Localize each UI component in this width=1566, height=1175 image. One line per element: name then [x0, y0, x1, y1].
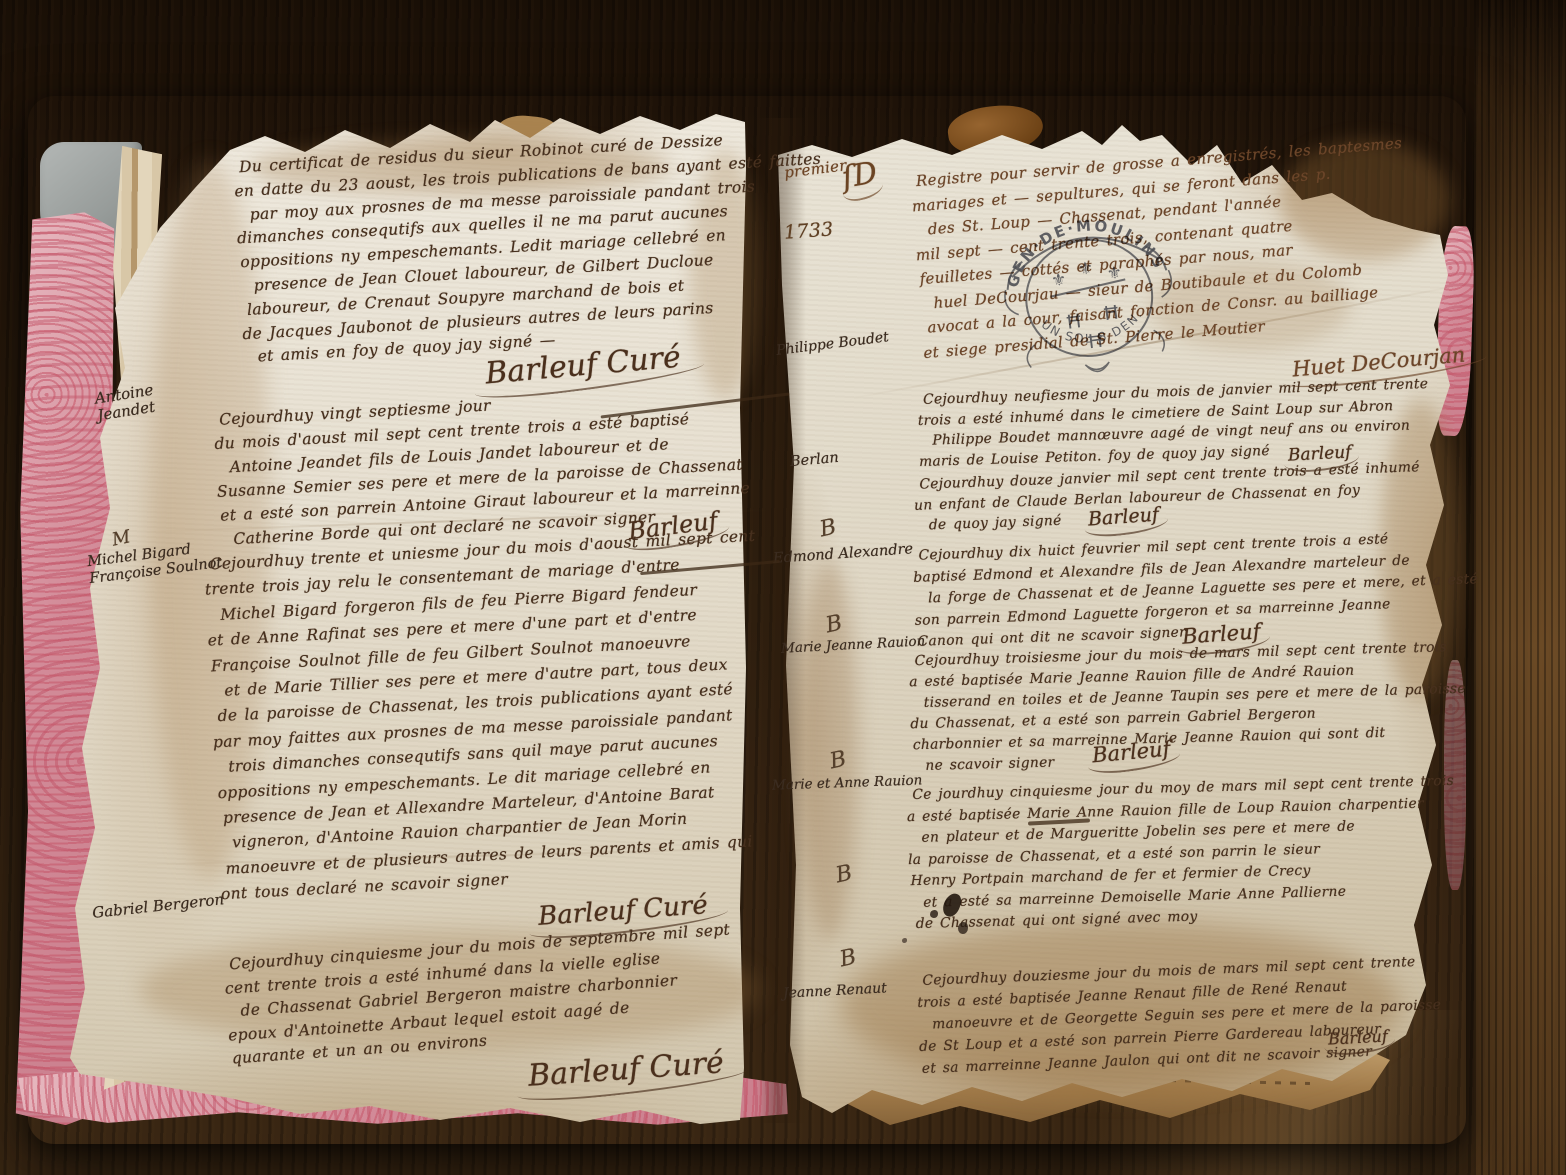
entry-marriage-bigard-soulnot: Cejourdhuy trente et uniesme jour du moi…	[203, 524, 773, 908]
crowned-h-icon: Ħ	[1086, 329, 1106, 353]
entry-baptism-marie-anne-rauion: Ce jourdhuy cinquiesme jour du moy de ma…	[906, 771, 1458, 936]
year-1733: 1733	[783, 218, 834, 243]
signature-cure: Barleuf	[1328, 1026, 1389, 1048]
fleur-de-lis-icon: ⚜	[1106, 263, 1124, 285]
fleur-de-lis-icon: ⚜	[1077, 258, 1095, 280]
ink-blot	[902, 938, 907, 943]
folio-paraph: ſD	[839, 155, 880, 196]
crowned-h-icon: Ħ	[1101, 301, 1121, 325]
tax-stamp-gen-de-moulins: GEN·DE·MOULINS UN SOL 8 DEN. ⚜ ⚜ ⚜ Ħ Ħ Ħ	[977, 177, 1200, 400]
ink-blot	[958, 922, 968, 934]
signature-cure: Barleuf	[1087, 504, 1159, 531]
wood-table-right-plank	[1474, 0, 1566, 1175]
fleur-de-lis-icon: ⚜	[1050, 270, 1068, 292]
entry-marriage-certificate: Du certificat de residus du sieur Robino…	[232, 124, 830, 371]
entry-baptism-marie-jeanne-rauion: Cejourdhuy troisiesme jour du mois de ma…	[908, 637, 1467, 778]
crowned-h-icon: Ħ	[1064, 310, 1084, 334]
ink-blot	[930, 910, 938, 918]
entry-baptism-jeanne-renaut: Cejourdhuy douziesme jour du mois de mar…	[916, 950, 1443, 1080]
photo-of-parish-register: { "left_page": { "paraph": "M", "entries…	[0, 0, 1566, 1175]
